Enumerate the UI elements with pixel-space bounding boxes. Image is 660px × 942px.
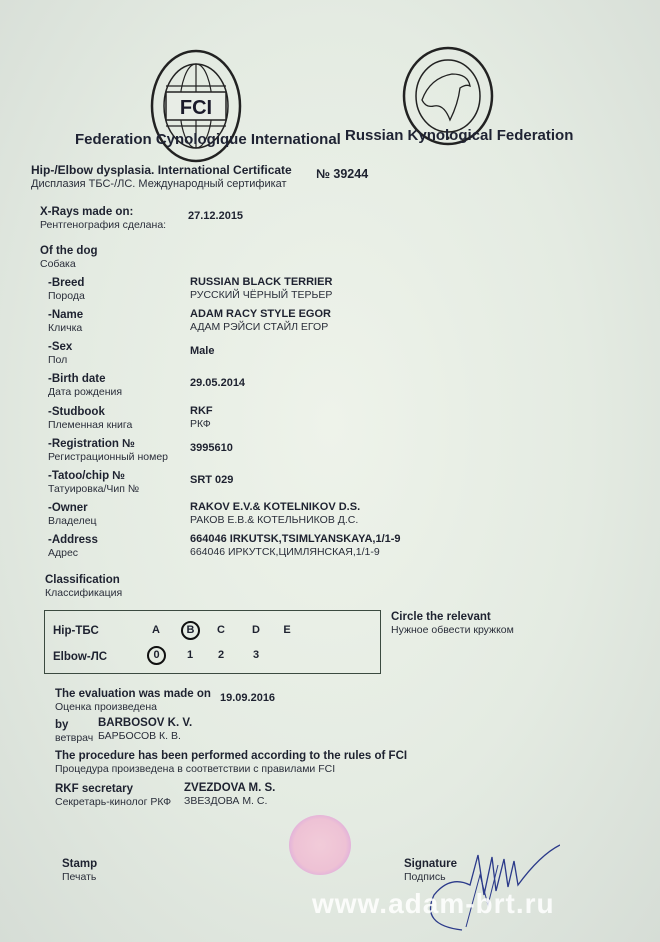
procedure-text-en: The procedure has been performed accordi… bbox=[55, 750, 407, 763]
by-label-ru: ветврач bbox=[55, 732, 93, 745]
field-label-ru: Владелец bbox=[48, 515, 97, 528]
secretary-name-ru: ЗВЕЗДОВА М. С. bbox=[184, 795, 267, 808]
field-label-en: -Address bbox=[48, 534, 98, 547]
certificate-number: № 39244 bbox=[316, 168, 368, 181]
classification-label-ru: Классификация bbox=[45, 587, 122, 600]
field-label-ru: Пол bbox=[48, 354, 67, 367]
evaluation-label-ru: Оценка произведена bbox=[55, 701, 157, 714]
elbow-grade-option: 0 bbox=[147, 646, 166, 665]
field-value-en: RAKOV E.V.& KOTELNIKOV D.S. bbox=[190, 501, 360, 514]
field-value-ru: РУССКИЙ ЧЁРНЫЙ ТЕРЬЕР bbox=[190, 289, 332, 302]
field-value-en: SRT 029 bbox=[190, 474, 233, 487]
field-label-ru: Племенная книга bbox=[48, 419, 132, 432]
field-label-ru: Регистрационный номер bbox=[48, 451, 168, 464]
vet-name-ru: БАРБОСОВ К. В. bbox=[98, 730, 181, 743]
field-label-ru: Порода bbox=[48, 290, 85, 303]
field-value-ru: АДАМ РЭЙСИ СТАЙЛ ЕГОР bbox=[190, 321, 328, 334]
field-label-ru: Дата рождения bbox=[48, 386, 122, 399]
svg-text:FCI: FCI bbox=[180, 97, 212, 119]
xray-label-ru: Рентгенография сделана: bbox=[40, 219, 166, 232]
xray-date: 27.12.2015 bbox=[188, 210, 243, 223]
elbow-grade-option: 3 bbox=[247, 646, 265, 664]
rkf-name: Russian Kynological Federation bbox=[345, 127, 573, 144]
field-label-en: -Tatoo/chip № bbox=[48, 470, 125, 483]
field-value-en: RUSSIAN BLACK TERRIER bbox=[190, 276, 332, 289]
stamp-label-en: Stamp bbox=[62, 858, 97, 871]
secretary-name-en: ZVEZDOVA M. S. bbox=[184, 782, 275, 795]
field-label-en: -Birth date bbox=[48, 373, 106, 386]
hip-grade-option: D bbox=[247, 621, 265, 639]
hip-grade-option: A bbox=[147, 621, 165, 639]
field-value-en: 3995610 bbox=[190, 442, 233, 455]
hip-grade-option: B bbox=[181, 621, 200, 640]
procedure-text-ru: Процедура произведена в соответствии с п… bbox=[55, 763, 335, 776]
field-value-en: RKF bbox=[190, 405, 213, 418]
field-label-ru: Адрес bbox=[48, 547, 78, 560]
hip-grade-option: C bbox=[212, 621, 230, 639]
field-label-ru: Татуировка/Чип № bbox=[48, 483, 139, 496]
field-label-en: -Studbook bbox=[48, 406, 105, 419]
field-value-en: Male bbox=[190, 345, 214, 358]
field-value-ru: 664046 ИРКУТСК,ЦИМЛЯНСКАЯ,1/1-9 bbox=[190, 546, 380, 559]
vet-name-en: BARBOSOV K. V. bbox=[98, 717, 192, 730]
secretary-label-ru: Секретарь-кинолог РКФ bbox=[55, 796, 171, 809]
dog-section-label-ru: Собака bbox=[40, 258, 76, 271]
classification-label-en: Classification bbox=[45, 574, 120, 587]
certificate-title-ru: Дисплазия ТБС-/ЛС. Международный сертифи… bbox=[31, 178, 287, 191]
field-value-ru: РАКОВ Е.В.& КОТЕЛЬНИКОВ Д.С. bbox=[190, 514, 358, 527]
field-label-en: -Owner bbox=[48, 502, 88, 515]
fci-name: Federation Cynologique International bbox=[75, 131, 341, 148]
field-label-en: -Name bbox=[48, 309, 83, 322]
elbow-grade-option: 1 bbox=[181, 646, 199, 664]
field-label-en: -Breed bbox=[48, 277, 84, 290]
by-label-en: by bbox=[55, 719, 68, 732]
field-value-ru: РКФ bbox=[190, 418, 211, 431]
field-value-en: ADAM RACY STYLE EGOR bbox=[190, 308, 331, 321]
field-value-en: 29.05.2014 bbox=[190, 377, 245, 390]
xray-label-en: X-Rays made on: bbox=[40, 206, 133, 219]
field-label-en: -Sex bbox=[48, 341, 72, 354]
field-value-en: 664046 IRKUTSK,TSIMLYANSKAYA,1/1-9 bbox=[190, 533, 401, 546]
field-label-ru: Кличка bbox=[48, 322, 82, 335]
secretary-label-en: RKF secretary bbox=[55, 783, 133, 796]
hip-label: Hip-ТБС bbox=[53, 625, 99, 637]
hip-grade-option: E bbox=[278, 621, 296, 639]
dog-section-label-en: Of the dog bbox=[40, 245, 98, 258]
evaluation-date: 19.09.2016 bbox=[220, 692, 275, 705]
elbow-grade-option: 2 bbox=[212, 646, 230, 664]
stamp-label-ru: Печать bbox=[62, 871, 96, 884]
classification-box: Hip-ТБС Elbow-ЛС ABCDE 0123 bbox=[44, 610, 381, 674]
rkf-stamp bbox=[289, 815, 351, 875]
evaluation-label-en: The evaluation was made on bbox=[55, 688, 211, 701]
signature-scribble bbox=[400, 835, 560, 935]
certificate-title-en: Hip-/Elbow dysplasia. International Cert… bbox=[31, 164, 292, 177]
circle-note-ru: Нужное обвести кружком bbox=[391, 624, 514, 637]
elbow-label: Elbow-ЛС bbox=[53, 651, 107, 663]
circle-note-en: Circle the relevant bbox=[391, 611, 491, 624]
watermark: www.adam-brt.ru bbox=[312, 888, 555, 920]
field-label-en: -Registration № bbox=[48, 438, 135, 451]
